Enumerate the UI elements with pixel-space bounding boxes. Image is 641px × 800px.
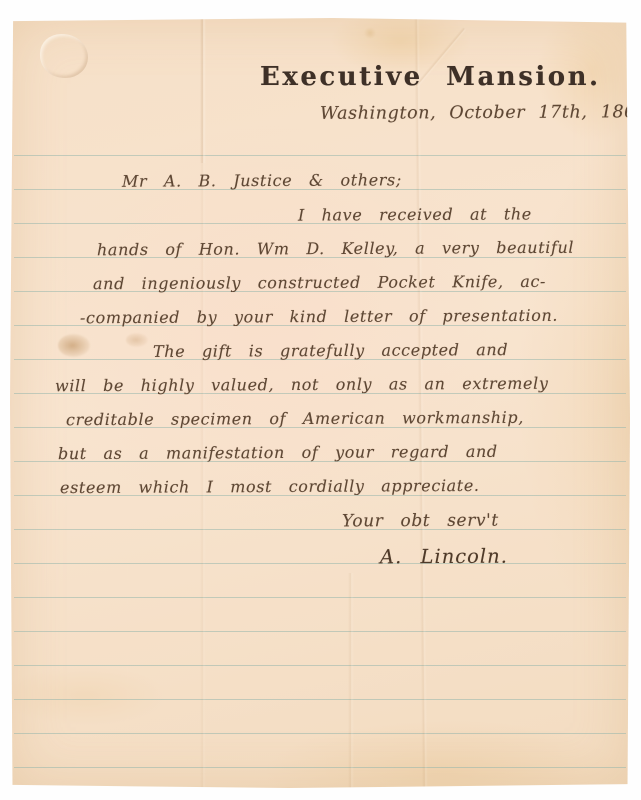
body-line: The gift is gratefully accepted and bbox=[153, 340, 508, 361]
ink-stain bbox=[126, 333, 148, 347]
letterhead-text: Executive Mansion. bbox=[260, 62, 601, 92]
body-line: and ingeniously constructed Pocket Knife… bbox=[93, 272, 546, 293]
letter-paper: Executive Mansion. Washington, October 1… bbox=[10, 18, 630, 788]
closing-line: Your obt serv't bbox=[342, 511, 499, 532]
dateline: Washington, October 17th, 1864. bbox=[320, 102, 641, 124]
signature: A. Lincoln. bbox=[380, 545, 508, 569]
body-line: hands of Hon. Wm D. Kelley, a very beaut… bbox=[97, 238, 574, 259]
fold-crease bbox=[200, 18, 206, 163]
salutation-line: Mr A. B. Justice & others; bbox=[122, 170, 402, 190]
body-line: will be highly valued, not only as an ex… bbox=[55, 374, 549, 396]
body-line: I have received at the bbox=[298, 204, 532, 224]
body-line: creditable specimen of American workmans… bbox=[66, 408, 524, 429]
body-line: -companied by your kind letter of presen… bbox=[80, 306, 558, 328]
fold-crease bbox=[348, 573, 354, 788]
ink-stain bbox=[58, 334, 90, 357]
embossed-stamp bbox=[40, 34, 88, 78]
body-line: but as a manifestation of your regard an… bbox=[58, 442, 498, 463]
foxing-stain bbox=[363, 28, 377, 38]
scan-background: Executive Mansion. Washington, October 1… bbox=[0, 0, 641, 800]
body-line: esteem which I most cordially appreciate… bbox=[60, 476, 480, 497]
